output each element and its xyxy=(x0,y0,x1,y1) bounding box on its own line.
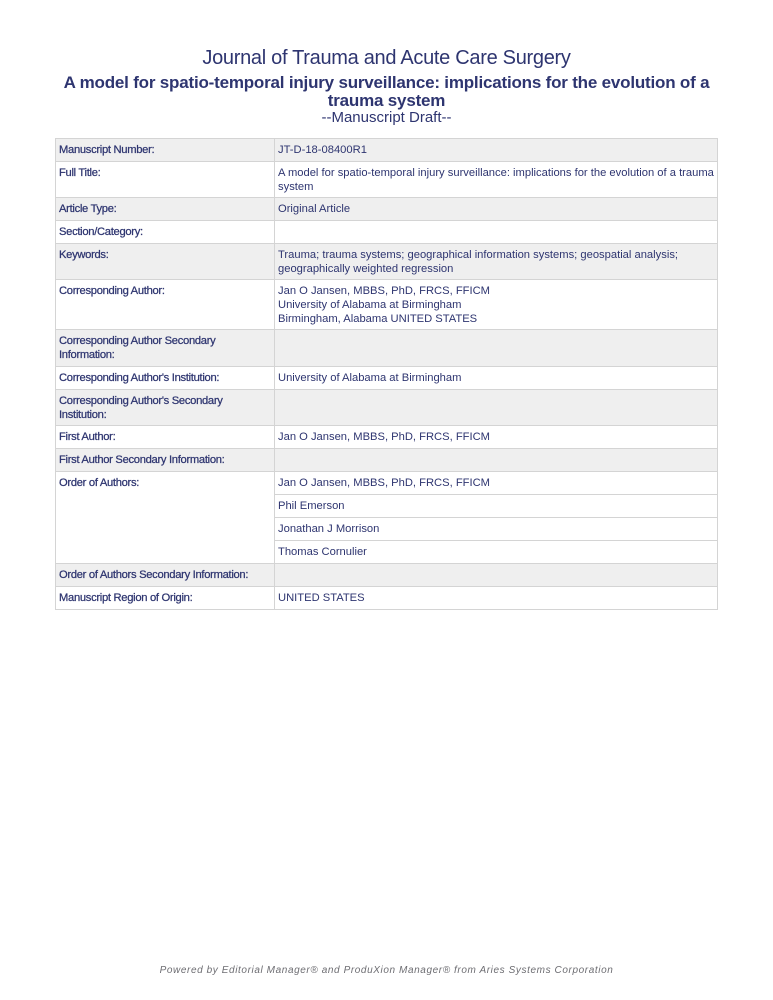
field-value xyxy=(275,449,718,472)
field-value: Trauma; trauma systems; geographical inf… xyxy=(275,244,718,280)
author-item: Jonathan J Morrison xyxy=(275,518,718,541)
field-value: University of Alabama at Birmingham xyxy=(275,367,718,390)
field-value xyxy=(275,221,718,244)
field-value: A model for spatio-temporal injury surve… xyxy=(275,162,718,198)
field-label: Corresponding Author Secondary Informati… xyxy=(56,330,275,367)
row-ca-institution: Corresponding Author's Institution: Univ… xyxy=(56,367,718,390)
field-label: Manuscript Number: xyxy=(56,139,275,162)
author-item: Phil Emerson xyxy=(275,495,718,518)
field-label: Section/Category: xyxy=(56,221,275,244)
field-label: First Author: xyxy=(56,426,275,449)
field-value: JT-D-18-08400R1 xyxy=(275,139,718,162)
row-corresponding-author: Corresponding Author: Jan O Jansen, MBBS… xyxy=(56,280,718,330)
row-section-category: Section/Category: xyxy=(56,221,718,244)
field-label: Full Title: xyxy=(56,162,275,198)
field-value: Original Article xyxy=(275,198,718,221)
field-label: Article Type: xyxy=(56,198,275,221)
field-value: UNITED STATES xyxy=(275,587,718,610)
author-item: Jan O Jansen, MBBS, PhD, FRCS, FFICM xyxy=(275,472,718,495)
field-label: First Author Secondary Information: xyxy=(56,449,275,472)
field-value: Jan O Jansen, MBBS, PhD, FRCS, FFICM Uni… xyxy=(275,280,718,330)
row-ca-secondary-institution: Corresponding Author's Secondary Institu… xyxy=(56,390,718,426)
row-order-of-authors: Order of Authors: Jan O Jansen, MBBS, Ph… xyxy=(56,472,718,495)
field-label: Corresponding Author: xyxy=(56,280,275,330)
field-value xyxy=(275,564,718,587)
author-affiliation: University of Alabama at Birmingham xyxy=(278,298,714,312)
row-ca-secondary: Corresponding Author Secondary Informati… xyxy=(56,330,718,367)
row-oa-secondary: Order of Authors Secondary Information: xyxy=(56,564,718,587)
draft-label: --Manuscript Draft-- xyxy=(0,109,773,126)
row-keywords: Keywords: Trauma; trauma systems; geogra… xyxy=(56,244,718,280)
row-region-of-origin: Manuscript Region of Origin: UNITED STAT… xyxy=(56,587,718,610)
journal-name: Journal of Trauma and Acute Care Surgery xyxy=(0,47,773,70)
field-value xyxy=(275,390,718,426)
row-article-type: Article Type: Original Article xyxy=(56,198,718,221)
field-label: Manuscript Region of Origin: xyxy=(56,587,275,610)
field-label: Corresponding Author's Institution: xyxy=(56,367,275,390)
row-first-author: First Author: Jan O Jansen, MBBS, PhD, F… xyxy=(56,426,718,449)
field-value xyxy=(275,330,718,367)
row-manuscript-number: Manuscript Number: JT-D-18-08400R1 xyxy=(56,139,718,162)
row-full-title: Full Title: A model for spatio-temporal … xyxy=(56,162,718,198)
row-fa-secondary: First Author Secondary Information: xyxy=(56,449,718,472)
author-location: Birmingham, Alabama UNITED STATES xyxy=(278,312,714,326)
field-label: Order of Authors: xyxy=(56,472,275,564)
field-label: Order of Authors Secondary Information: xyxy=(56,564,275,587)
field-value: Jan O Jansen, MBBS, PhD, FRCS, FFICM xyxy=(275,426,718,449)
author-item: Thomas Cornulier xyxy=(275,541,718,564)
manuscript-title: A model for spatio-temporal injury surve… xyxy=(60,74,713,110)
field-label: Keywords: xyxy=(56,244,275,280)
author-name: Jan O Jansen, MBBS, PhD, FRCS, FFICM xyxy=(278,284,714,298)
powered-by-footer: Powered by Editorial Manager® and ProduX… xyxy=(0,965,773,976)
manuscript-info-table: Manuscript Number: JT-D-18-08400R1 Full … xyxy=(55,138,718,610)
field-label: Corresponding Author's Secondary Institu… xyxy=(56,390,275,426)
